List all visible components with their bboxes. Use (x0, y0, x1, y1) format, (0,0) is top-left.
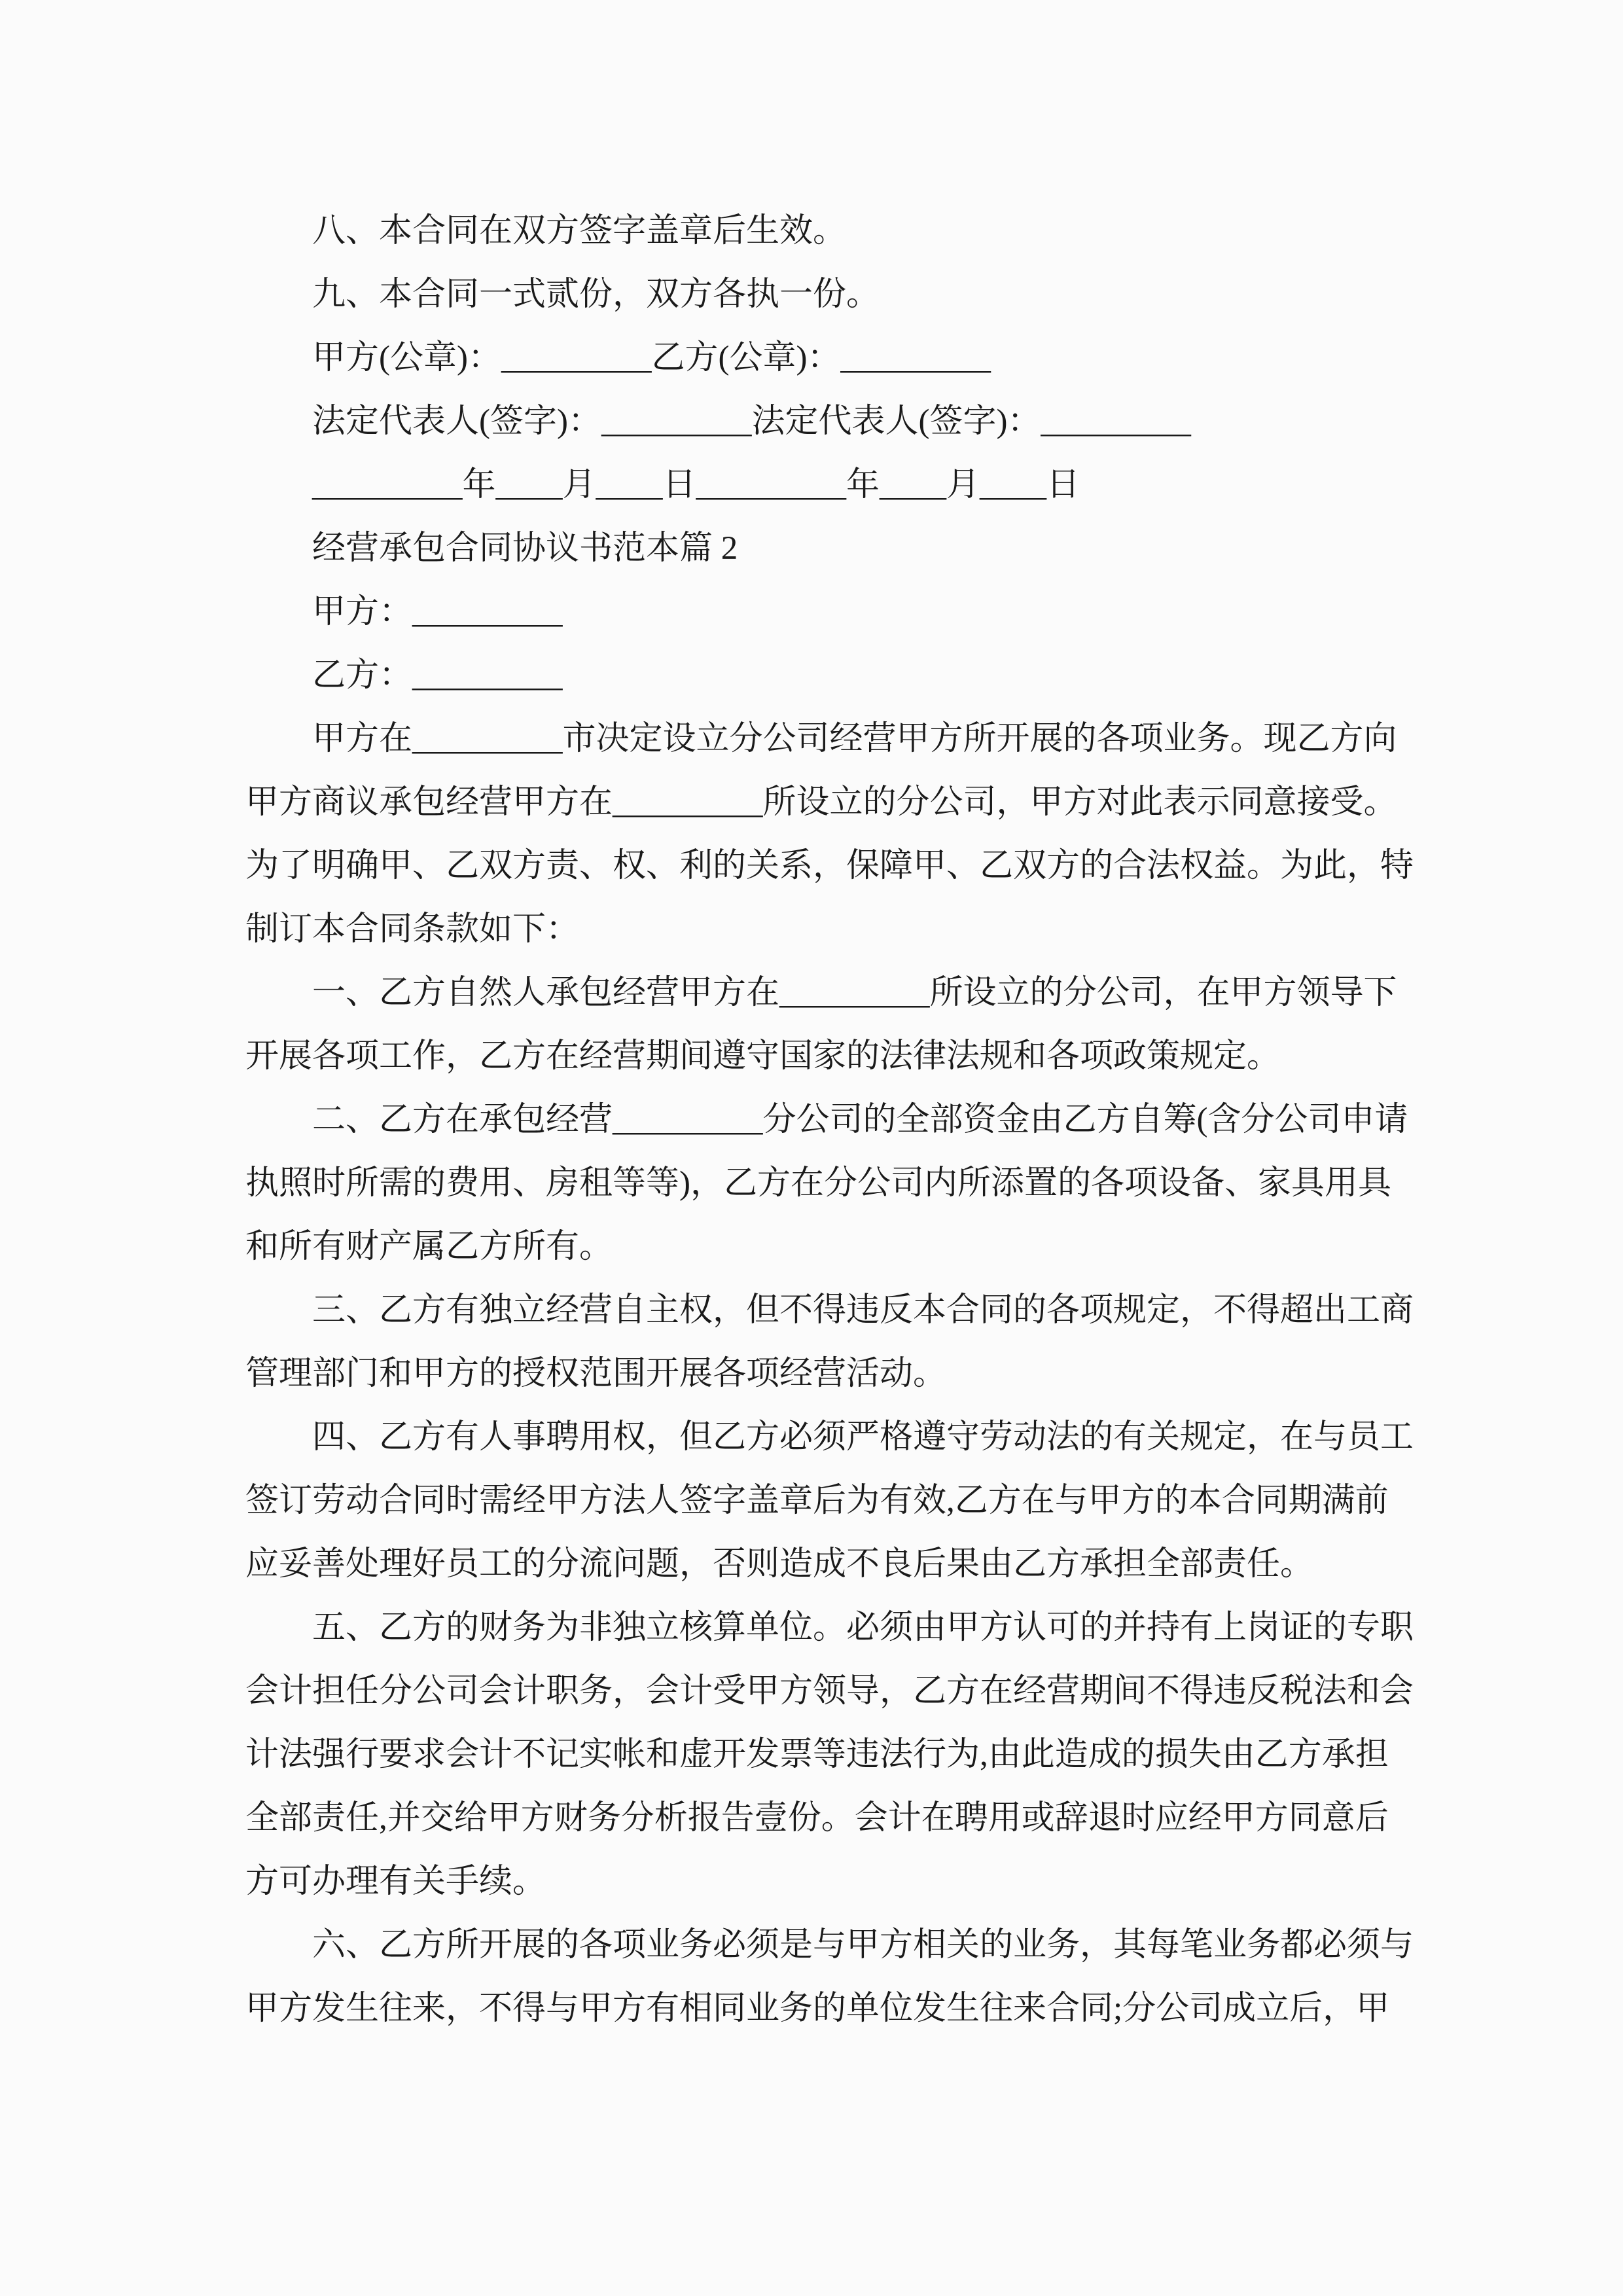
text-line: 执照时所需的费用、房租等等)，乙方在分公司内所添置的各项设备、家具用具 (245, 1152, 1385, 1215)
text-line: 制订本合同条款如下： (245, 898, 1385, 961)
text-line: 四、乙方有人事聘用权，但乙方必须严格遵守劳动法的有关规定，在与员工 (245, 1406, 1385, 1469)
text-line: 管理部门和甲方的授权范围开展各项经营活动。 (245, 1342, 1385, 1406)
text-line: 应妥善处理好员工的分流问题，否则造成不良后果由乙方承担全部责任。 (245, 1533, 1385, 1596)
text-line: 甲方：_________ (245, 581, 1385, 644)
text-line: 和所有财产属乙方所有。 (245, 1215, 1385, 1279)
text-line: 甲方在_________市决定设立分公司经营甲方所开展的各项业务。现乙方向 (245, 708, 1385, 771)
text-line: 二、乙方在承包经营_________分公司的全部资金由乙方自筹(含分公司申请 (245, 1088, 1385, 1152)
text-line: 签订劳动合同时需经甲方法人签字盖章后为有效,乙方在与甲方的本合同期满前 (245, 1469, 1385, 1533)
contract-text: 八、本合同在双方签字盖章后生效。九、本合同一式贰份，双方各执一份。甲方(公章)：… (245, 200, 1385, 2041)
text-line: 五、乙方的财务为非独立核算单位。必须由甲方认可的并持有上岗证的专职 (245, 1596, 1385, 1660)
text-line: 计法强行要求会计不记实帐和虚开发票等违法行为,由此造成的损失由乙方承担 (245, 1723, 1385, 1787)
text-line: 会计担任分公司会计职务，会计受甲方领导，乙方在经营期间不得违反税法和会 (245, 1660, 1385, 1723)
text-line: 为了明确甲、乙双方责、权、利的关系，保障甲、乙双方的合法权益。为此，特 (245, 834, 1385, 898)
text-line: 全部责任,并交给甲方财务分析报告壹份。会计在聘用或辞退时应经甲方同意后 (245, 1787, 1385, 1850)
text-line: 一、乙方自然人承包经营甲方在_________所设立的分公司，在甲方领导下 (245, 961, 1385, 1025)
text-line: 开展各项工作，乙方在经营期间遵守国家的法律法规和各项政策规定。 (245, 1025, 1385, 1088)
text-line: 八、本合同在双方签字盖章后生效。 (245, 200, 1385, 263)
text-line: 法定代表人(签字)：_________法定代表人(签字)：_________ (245, 390, 1385, 454)
text-line: 方可办理有关手续。 (245, 1850, 1385, 1914)
text-line: 乙方：_________ (245, 644, 1385, 708)
text-line: 甲方商议承包经营甲方在_________所设立的分公司，甲方对此表示同意接受。 (245, 771, 1385, 834)
text-line: 三、乙方有独立经营自主权，但不得违反本合同的各项规定，不得超出工商 (245, 1279, 1385, 1342)
text-line: 经营承包合同协议书范本篇 2 (245, 517, 1385, 581)
text-line: _________年____月____日_________年____月____日 (245, 454, 1385, 517)
document-page: 八、本合同在双方签字盖章后生效。九、本合同一式贰份，双方各执一份。甲方(公章)：… (0, 0, 1623, 2296)
text-line: 九、本合同一式贰份，双方各执一份。 (245, 263, 1385, 327)
text-line: 甲方(公章)：_________乙方(公章)：_________ (245, 327, 1385, 390)
text-line: 六、乙方所开展的各项业务必须是与甲方相关的业务，其每笔业务都必须与 (245, 1914, 1385, 1977)
text-line: 甲方发生往来，不得与甲方有相同业务的单位发生往来合同;分公司成立后，甲 (245, 1977, 1385, 2041)
